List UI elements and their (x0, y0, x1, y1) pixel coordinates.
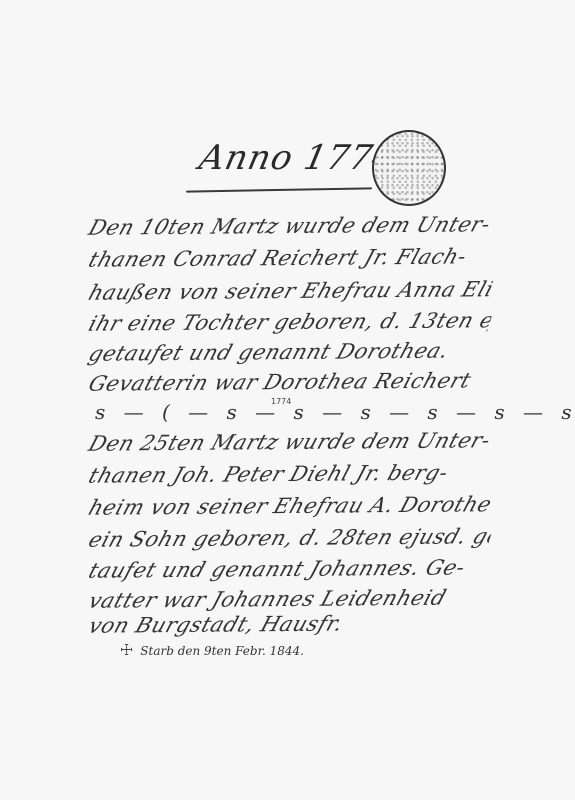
entry-1-line-6: Gevatterin war Dorothea Reichert (86, 368, 495, 395)
entry-2-line-3: heim von seiner Ehefrau A. Dorothea (86, 492, 495, 519)
death-annotation: ☩ Starb den 9ten Febr. 1844. (120, 641, 304, 659)
entry-2-line-1: Den 25ten Martz wurde dem Unter- (86, 428, 495, 455)
entry-2-line-5: taufet und genannt Johannes. Ge- (86, 555, 495, 582)
death-note-text: Starb den 9ten Febr. 1844. (140, 644, 304, 658)
entry-1-line-4: ihr eine Tochter geboren, d. 13ten ejusd… (86, 308, 495, 335)
entry-1-line-3: haußen von seiner Ehefrau Anna Elisab. (86, 277, 495, 304)
entry-1-line-5: getaufet und genannt Dorothea. (86, 338, 495, 365)
entry-2-line-7: von Burgstadt, Hausfr. (86, 610, 495, 637)
page-title: Anno 1774 (196, 138, 400, 178)
entry-1-line-2: thanen Conrad Reichert Jr. Flach- (86, 244, 495, 271)
wax-seal-icon (372, 130, 446, 206)
entry-2-line-4: ein Sohn geboren, d. 28ten ejusd. ge- (86, 524, 495, 551)
document-page: Anno 1774 Den 10ten Martz wurde dem Unte… (0, 0, 575, 800)
entry-2-line-6: vatter war Johannes Leidenheid (86, 585, 495, 612)
entry-separator: s — ( — s — s — s — s — s — s (95, 400, 475, 424)
entry-1-line-1: Den 10ten Martz wurde dem Unter- (86, 212, 495, 239)
cross-icon: ☩ (120, 641, 133, 659)
entry-2-line-2: thanen Joh. Peter Diehl Jr. berg- (86, 460, 495, 487)
title-underline (186, 187, 372, 192)
